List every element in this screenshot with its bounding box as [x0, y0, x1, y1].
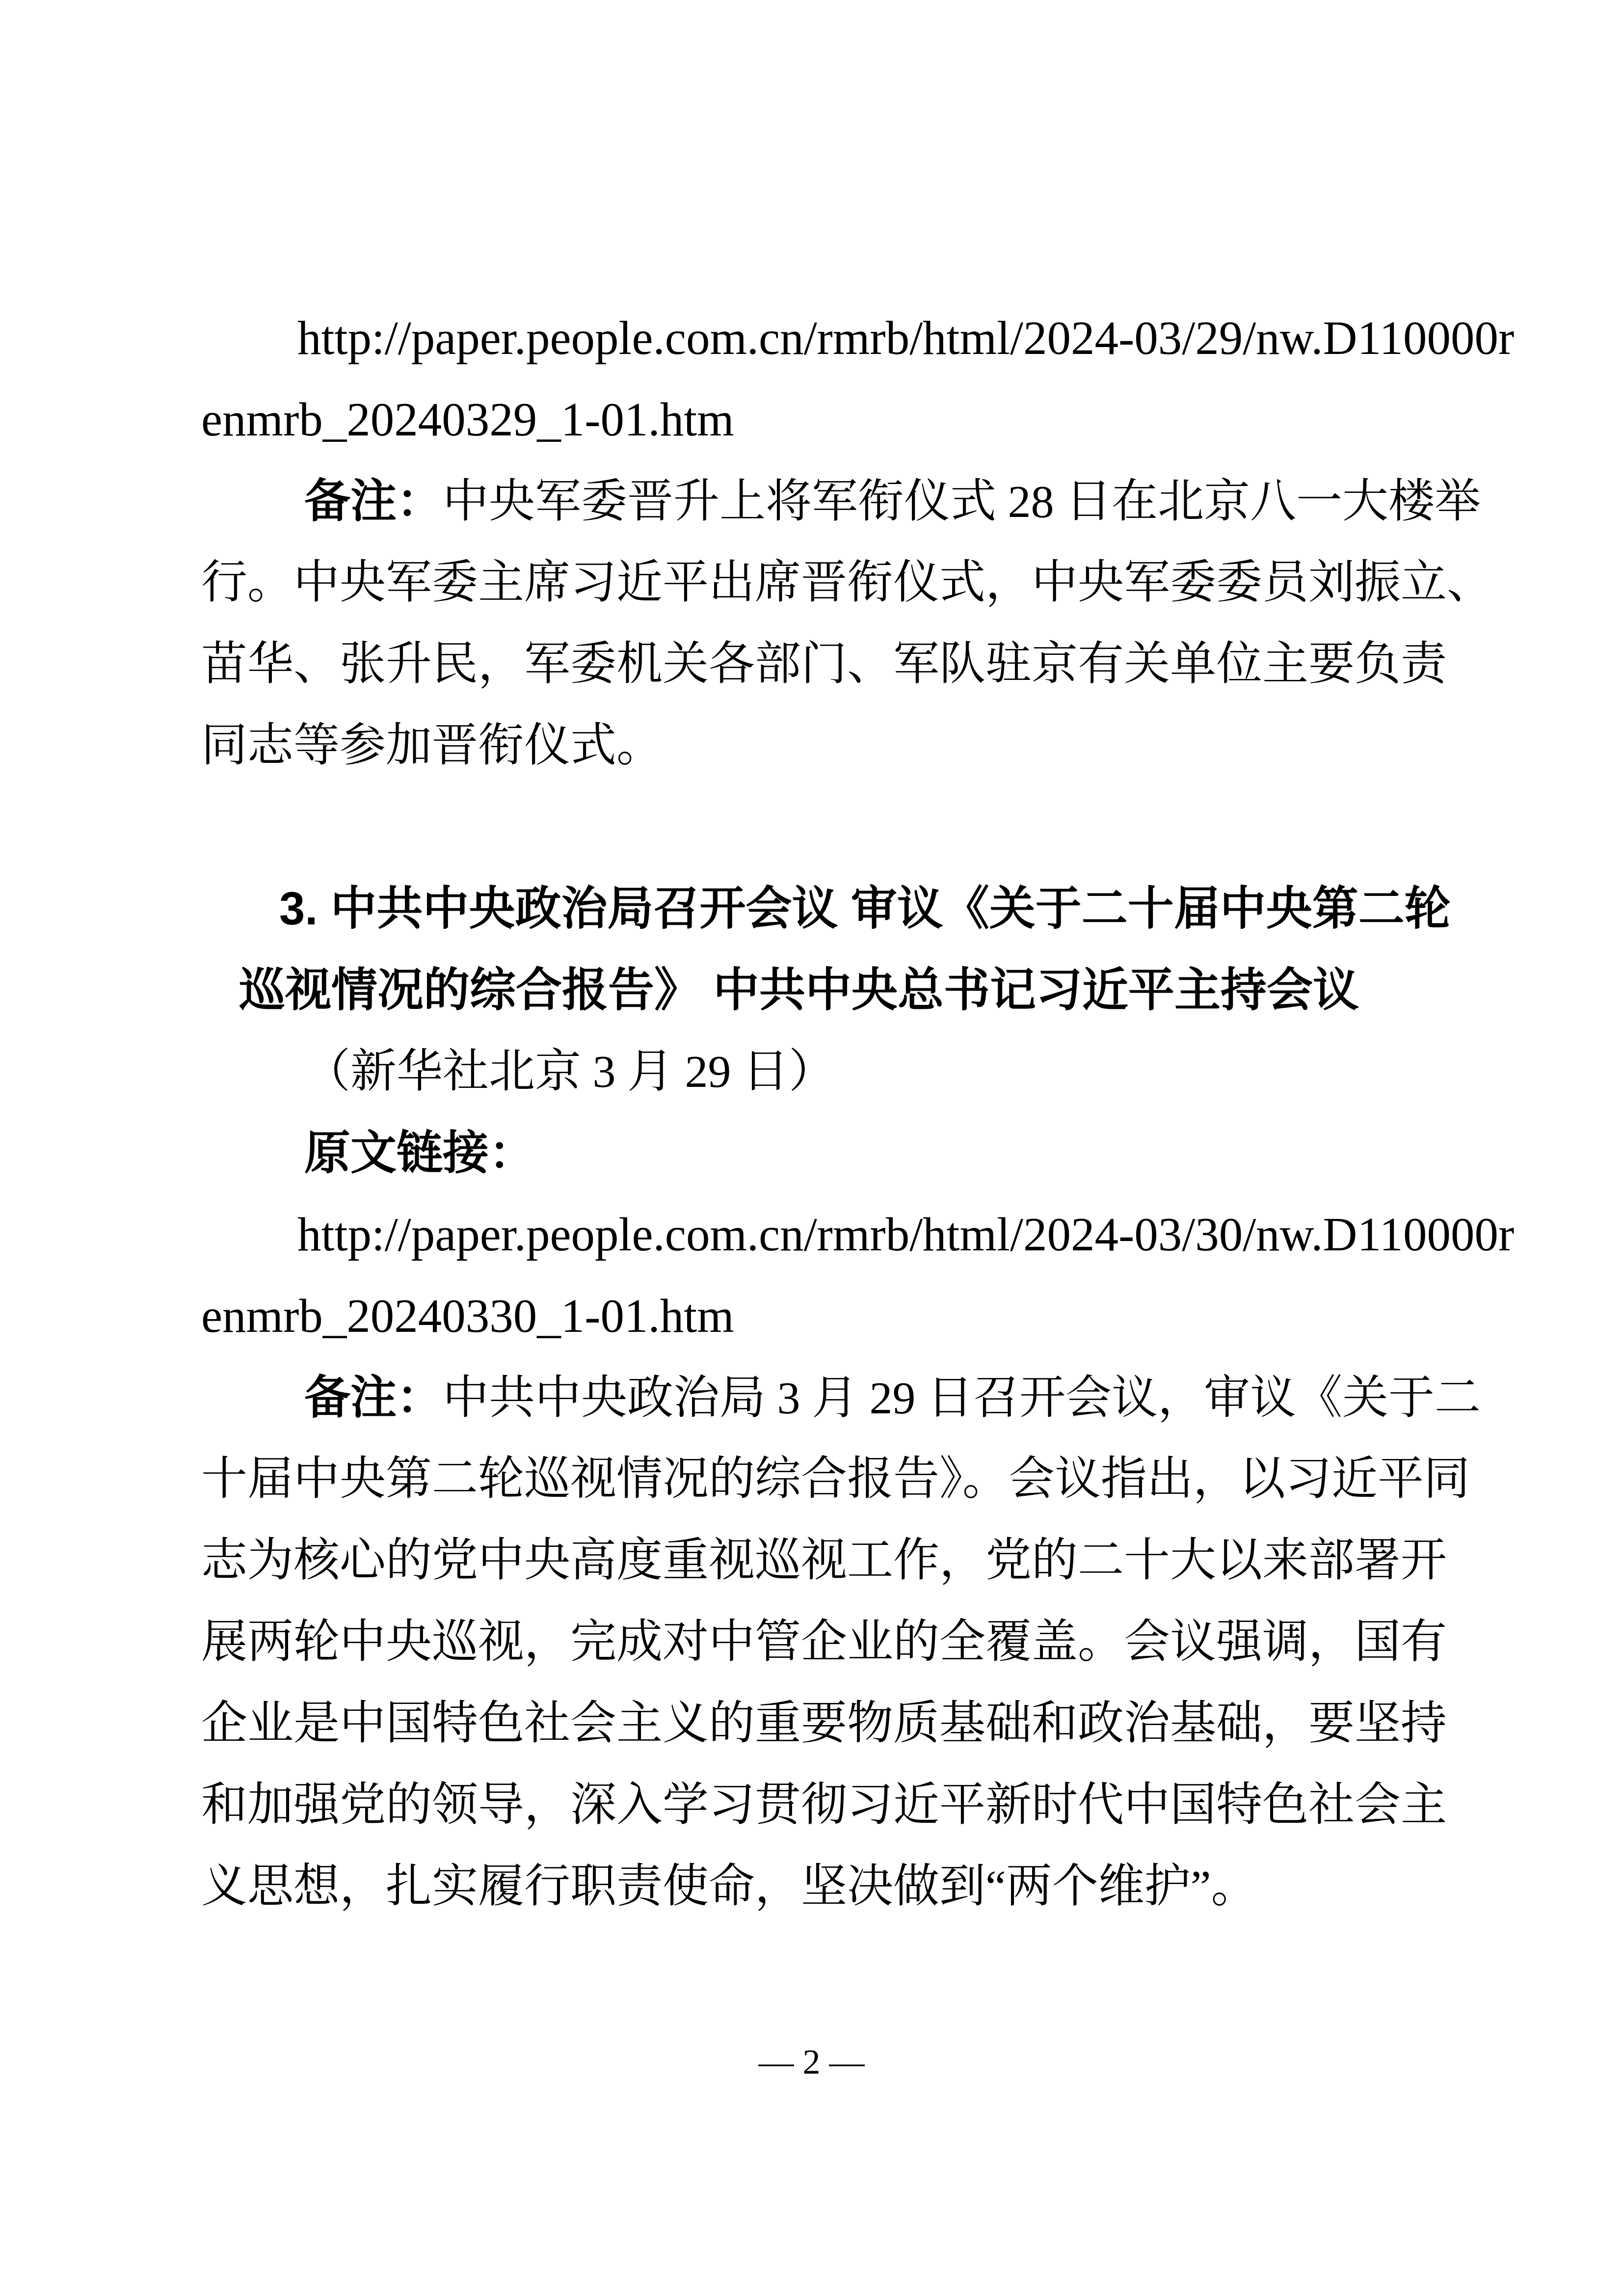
- remark-line: 备注：中共中央政治局 3 月 29 日召开会议，审议《关于二: [201, 1357, 1423, 1438]
- remark-line: 展两轮中央巡视，完成对中管企业的全覆盖。会议强调，国有: [201, 1601, 1423, 1683]
- remark-label: 备注：: [304, 1372, 443, 1423]
- heading-line: 3. 中共中央政治局召开会议 审议《关于二十届中央第二轮: [201, 868, 1423, 949]
- source-line: （新华社北京 3 月 29 日）: [201, 1031, 1423, 1112]
- entry-2-continuation: http://paper.people.com.cn/rmrb/html/202…: [201, 297, 1423, 786]
- link-label-line: 原文链接：: [201, 1112, 1423, 1194]
- remark-text: 中共中央政治局 3 月 29 日召开会议，审议《关于二: [443, 1373, 1481, 1424]
- remark-paragraph: 备注：中央军委晋升上将军衔仪式 28 日在北京八一大楼举 行。中央军委主席习近平…: [201, 460, 1423, 786]
- entry-3: 3. 中共中央政治局召开会议 审议《关于二十届中央第二轮 巡视情况的综合报告》 …: [201, 868, 1423, 1927]
- remark-line: 备注：中央军委晋升上将军衔仪式 28 日在北京八一大楼举: [201, 460, 1423, 542]
- remark-paragraph: 备注：中共中央政治局 3 月 29 日召开会议，审议《关于二 十届中央第二轮巡视…: [201, 1357, 1423, 1927]
- page-footer: — 2 —: [0, 2027, 1623, 2096]
- url-line: enmrb_20240330_1-01.htm: [201, 1275, 1423, 1357]
- article-url: http://paper.people.com.cn/rmrb/html/202…: [201, 1194, 1423, 1357]
- remark-text: 中央军委晋升上将军衔仪式 28 日在北京八一大楼举: [443, 476, 1481, 527]
- url-line: http://paper.people.com.cn/rmrb/html/202…: [201, 297, 1423, 379]
- remark-line: 志为核心的党中央高度重视巡视工作，党的二十大以来部署开: [201, 1520, 1423, 1601]
- page-content: http://paper.people.com.cn/rmrb/html/202…: [201, 297, 1423, 1927]
- article-url: http://paper.people.com.cn/rmrb/html/202…: [201, 297, 1423, 460]
- remark-line: 行。中央军委主席习近平出席晋衔仪式，中央军委委员刘振立、: [201, 542, 1423, 623]
- entry-heading: 3. 中共中央政治局召开会议 审议《关于二十届中央第二轮 巡视情况的综合报告》 …: [201, 868, 1423, 1031]
- url-line: enmrb_20240329_1-01.htm: [201, 379, 1423, 460]
- blank-line: [201, 786, 1423, 868]
- remark-label: 备注：: [304, 475, 443, 527]
- remark-line: 十届中央第二轮巡视情况的综合报告》。会议指出，以习近平同: [201, 1438, 1423, 1520]
- link-label: 原文链接：: [304, 1127, 535, 1179]
- page-number: — 2 —: [759, 2042, 865, 2081]
- document-page: http://paper.people.com.cn/rmrb/html/202…: [0, 0, 1623, 2296]
- remark-line: 和加强党的领导，深入学习贯彻习近平新时代中国特色社会主: [201, 1764, 1423, 1846]
- remark-line: 苗华、张升民，军委机关各部门、军队驻京有关单位主要负责: [201, 623, 1423, 705]
- heading-line: 巡视情况的综合报告》 中共中央总书记习近平主持会议: [201, 949, 1423, 1031]
- remark-line: 企业是中国特色社会主义的重要物质基础和政治基础，要坚持: [201, 1683, 1423, 1764]
- remark-line: 同志等参加晋衔仪式。: [201, 705, 1423, 786]
- url-line: http://paper.people.com.cn/rmrb/html/202…: [201, 1194, 1423, 1275]
- remark-line: 义思想，扎实履行职责使命，坚决做到“两个维护”。: [201, 1846, 1423, 1927]
